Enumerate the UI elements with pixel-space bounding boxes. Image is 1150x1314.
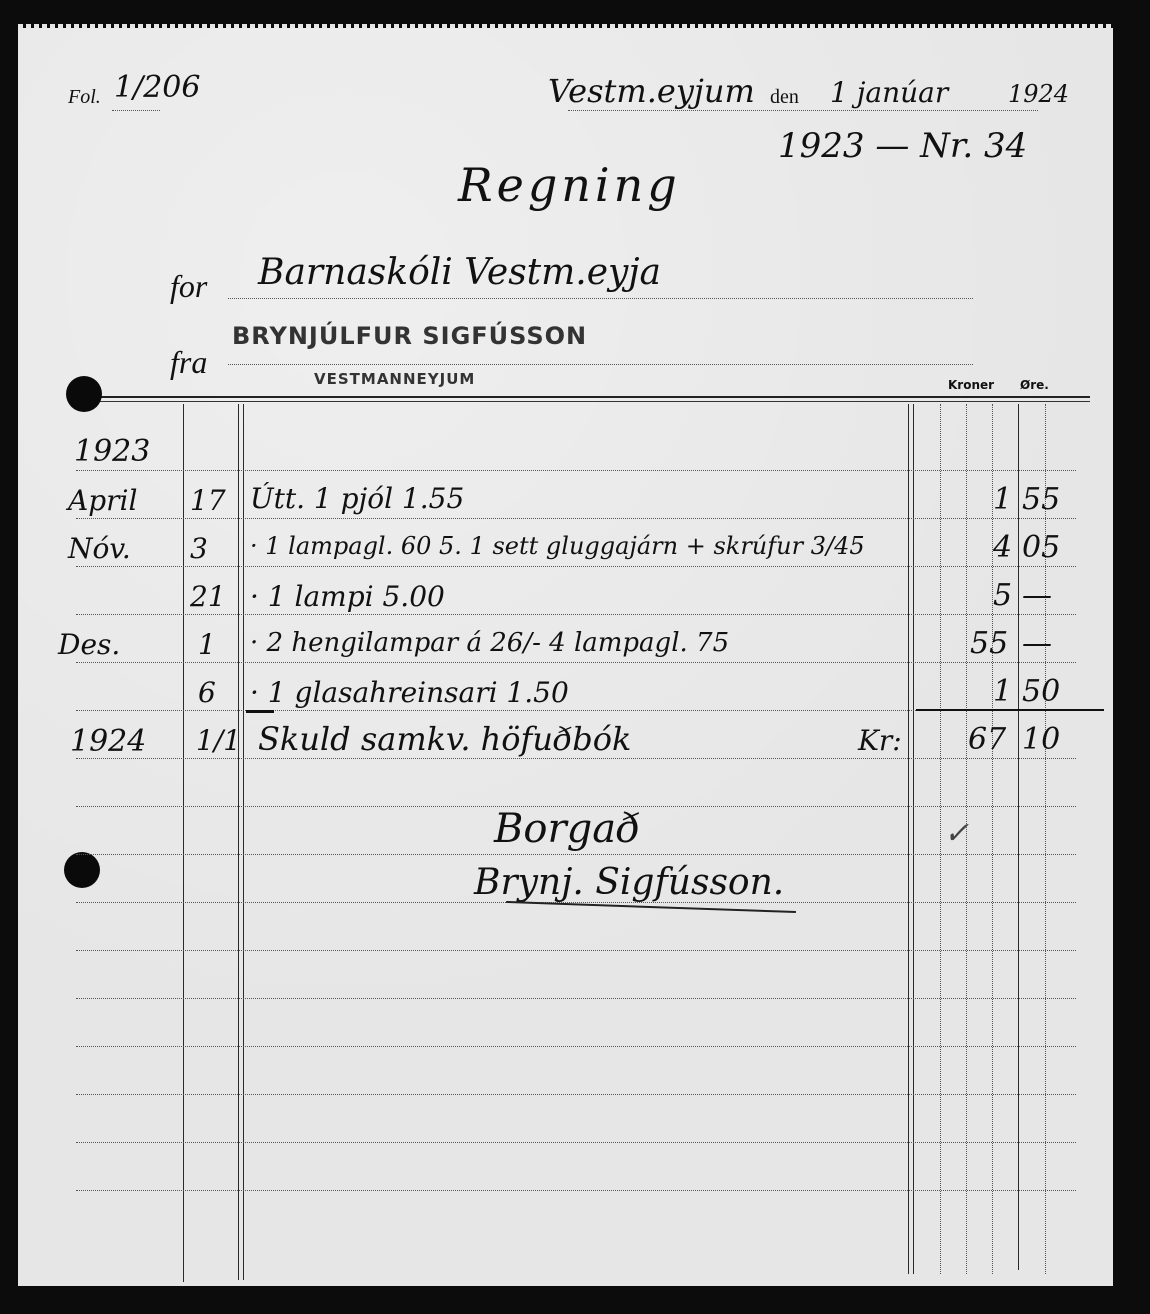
entry-month: Des. bbox=[58, 628, 120, 661]
entry-month: 1923 bbox=[74, 434, 150, 469]
fra-label: fra bbox=[170, 344, 207, 381]
entry-day: 21 bbox=[190, 580, 226, 613]
entry-day: 17 bbox=[190, 484, 226, 517]
folio-value: 1/206 bbox=[114, 70, 200, 105]
invoice-year: 1924 bbox=[1008, 80, 1069, 108]
check-mark: ✓ bbox=[944, 816, 969, 851]
entry-kroner: 1 bbox=[993, 674, 1012, 709]
total-label: Kr: bbox=[858, 724, 902, 757]
entry-ore: — bbox=[1022, 626, 1052, 661]
entry-ore: — bbox=[1022, 578, 1052, 613]
entry-day: 6 bbox=[198, 676, 216, 709]
total-description: Skuld samkv. höfuðbók bbox=[258, 720, 631, 758]
entry-text: Útt. 1 pjól 1.55 bbox=[250, 482, 464, 515]
paid-word: Borgað bbox=[494, 806, 640, 852]
entry-kroner: 55 bbox=[970, 626, 1008, 661]
entry-text: · 1 lampi 5.00 bbox=[250, 580, 445, 613]
total-kroner: 67 bbox=[968, 722, 1006, 757]
entry-kroner: 1 bbox=[993, 482, 1012, 517]
entry-day: 3 bbox=[190, 532, 208, 565]
entry-ore: 05 bbox=[1022, 530, 1060, 565]
entry-day: 1 bbox=[198, 628, 216, 661]
document-title: Regning bbox=[458, 158, 681, 212]
sender-stamp-place: VESTMANNEYJUM bbox=[314, 370, 475, 388]
total-year: 1924 bbox=[70, 724, 146, 759]
punch-hole-top bbox=[66, 376, 102, 412]
ore-header: Øre. bbox=[1020, 378, 1049, 392]
kroner-header: Kroner bbox=[948, 378, 994, 392]
punch-hole-bottom bbox=[64, 852, 100, 888]
sum-rule bbox=[916, 709, 1104, 711]
entry-text: · 2 hengilampar á 26/- 4 lampagl. 75 bbox=[250, 628, 729, 658]
sender-stamp-name: BRYNJÚLFUR SIGFÚSSON bbox=[232, 322, 587, 350]
entry-kroner: 5 bbox=[993, 578, 1012, 613]
entry-month: April bbox=[68, 484, 137, 517]
invoice-paper: Fol. 1/206 Vestm.eyjum den 1 janúar 1924… bbox=[18, 26, 1113, 1286]
invoice-number: 1923 — Nr. 34 bbox=[778, 126, 1027, 166]
entry-kroner: 4 bbox=[993, 530, 1012, 565]
entry-ore: 55 bbox=[1022, 482, 1060, 517]
signature: Brynj. Sigfússon. bbox=[474, 862, 784, 903]
customer-name: Barnaskóli Vestm.eyja bbox=[258, 252, 661, 293]
total-day: 1/1 bbox=[196, 724, 241, 757]
invoice-date: 1 janúar bbox=[830, 76, 948, 109]
entry-ore: 50 bbox=[1022, 674, 1060, 709]
entry-text: · 1 glasahreinsari 1.50 bbox=[250, 676, 569, 709]
folio-label: Fol. bbox=[68, 86, 101, 109]
invoice-place: Vestm.eyjum bbox=[548, 72, 755, 110]
for-label: for bbox=[170, 268, 207, 305]
den-label: den bbox=[770, 86, 799, 109]
total-ore: 10 bbox=[1022, 722, 1060, 757]
entry-month: Nóv. bbox=[68, 532, 131, 565]
entry-text: · 1 lampagl. 60 5. 1 sett gluggajárn + s… bbox=[250, 532, 865, 560]
